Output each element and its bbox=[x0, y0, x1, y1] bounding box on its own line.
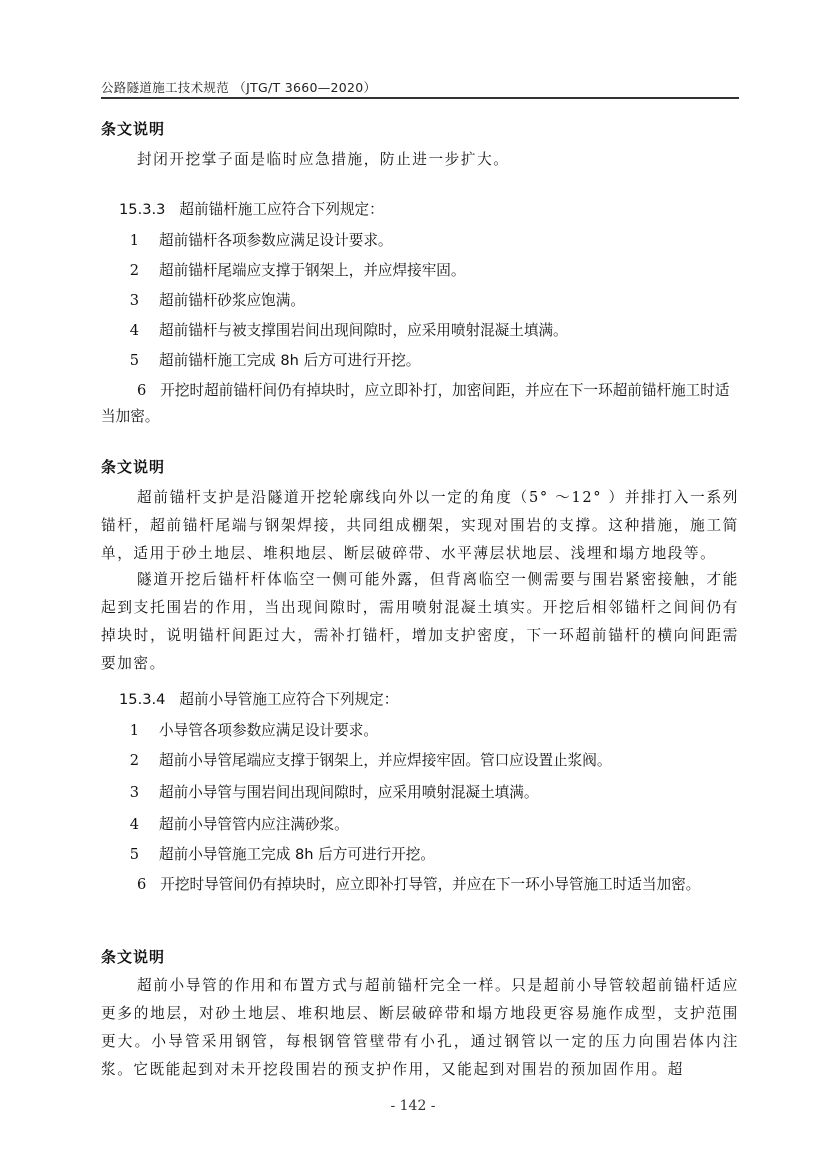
list-item: 1小导管各项参数应满足设计要求。 bbox=[101, 716, 739, 746]
list-item: 3超前锚杆砂浆应饱满。 bbox=[101, 286, 739, 316]
list-item: 5超前锚杆施工完成 8h 后方可进行开挖。 bbox=[101, 346, 739, 376]
list-item: 4超前锚杆与被支撑围岩间出现间隙时，应采用喷射混凝土填满。 bbox=[101, 316, 739, 346]
note-paragraph: 封闭开挖掌子面是临时应急措施，防止进一步扩大。 bbox=[101, 146, 739, 174]
list-item: 2超前锚杆尾端应支撑于钢架上，并应焊接牢固。 bbox=[101, 256, 739, 286]
list-item: 6开挖时超前锚杆间仍有掉块时，应立即补打，加密间距，并应在下一环超前锚杆施工时适… bbox=[101, 378, 739, 430]
list-item: 3超前小导管与围岩间出现间隙时，应采用喷射混凝土填满。 bbox=[101, 778, 739, 808]
note-paragraph: 隧道开挖后锚杆杆体临空一侧可能外露，但背离临空一侧需要与围岩紧密接触，才能起到支… bbox=[101, 566, 739, 678]
list-item: 2超前小导管尾端应支撑于钢架上，并应焊接牢固。管口应设置止浆阀。 bbox=[101, 746, 739, 776]
note-paragraph: 超前锚杆支护是沿隧道开挖轮廓线向外以一定的角度（5° ～12° ）并排打入一系列… bbox=[101, 484, 739, 568]
note-paragraph: 超前小导管的作用和布置方式与超前锚杆完全一样。只是超前小导管较超前锚杆适应更多的… bbox=[101, 972, 739, 1084]
clause-title: 超前锚杆施工应符合下列规定： bbox=[179, 201, 383, 218]
clause-heading: 15.3.3超前锚杆施工应符合下列规定： bbox=[119, 198, 384, 219]
note-heading: 条文说明 bbox=[101, 946, 165, 967]
running-header: 公路隧道施工技术规范 （JTG/T 3660—2020） bbox=[101, 78, 376, 96]
list-item: 6开挖时导管间仍有掉块时，应立即补打导管，并应在下一环小导管施工时适当加密。 bbox=[101, 872, 739, 898]
clause-number: 15.3.3 bbox=[119, 201, 165, 218]
list-item: 5超前小导管施工完成 8h 后方可进行开挖。 bbox=[101, 840, 739, 870]
clause-title: 超前小导管施工应符合下列规定： bbox=[179, 691, 398, 708]
list-item: 1超前锚杆各项参数应满足设计要求。 bbox=[101, 226, 739, 256]
page-number: - 142 - bbox=[0, 1098, 826, 1114]
clause-number: 15.3.4 bbox=[119, 691, 165, 708]
note-heading: 条文说明 bbox=[101, 456, 165, 477]
note-heading: 条文说明 bbox=[101, 118, 165, 139]
clause-heading: 15.3.4超前小导管施工应符合下列规定： bbox=[119, 688, 398, 709]
header-divider bbox=[101, 97, 739, 99]
list-item: 4超前小导管管内应注满砂浆。 bbox=[101, 810, 739, 840]
